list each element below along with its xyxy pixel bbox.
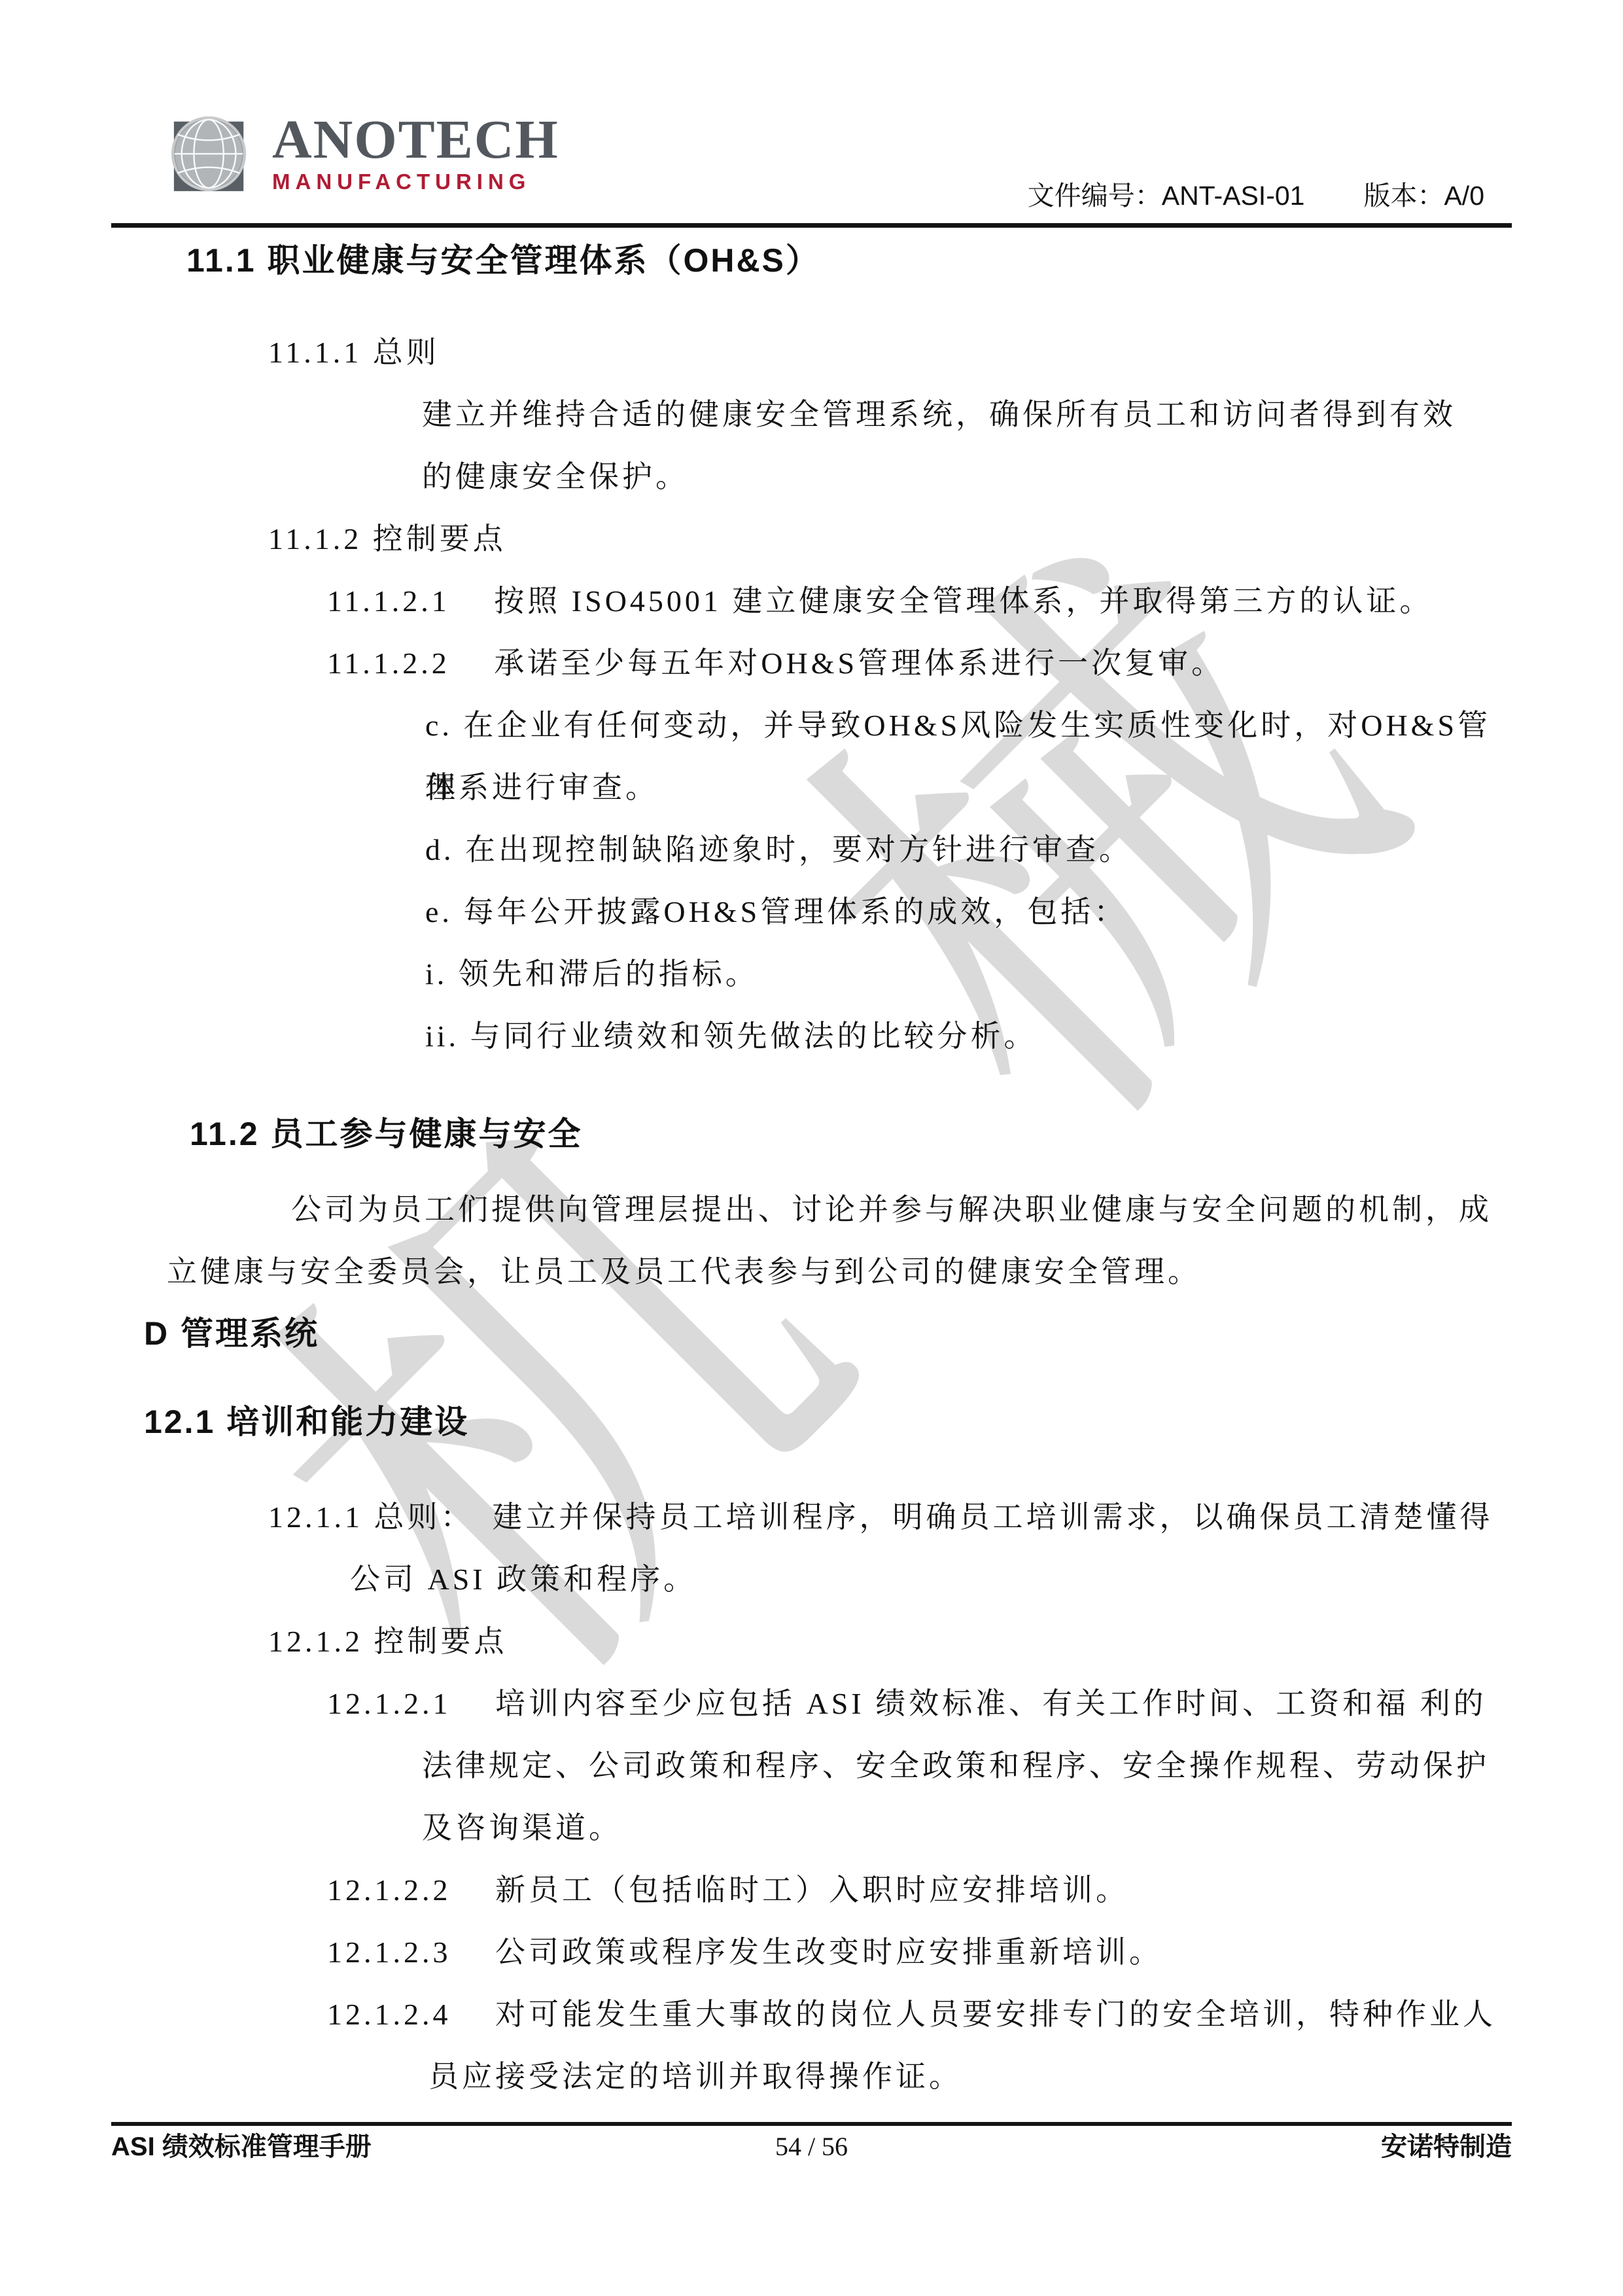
clause-11-1-2-2: 11.1.2.2 承诺至少每五年对OH&S管理体系进行一次复审。	[327, 632, 1512, 694]
logo-subtitle: MANUFACTURING	[272, 169, 559, 195]
document-meta: 文件编号： ANT-ASI-01 版本： A/0	[1028, 180, 1484, 211]
clause-11-1-2: 11.1.2 控制要点	[268, 508, 1512, 570]
document-page: 机 械 ANOTECH	[0, 0, 1623, 2296]
paragraph-line: 立健康与安全委员会，让员工及员工代表参与到公司的健康安全管理。	[167, 1241, 1512, 1303]
version-pair: 版本： A/0	[1363, 180, 1484, 211]
page-header: ANOTECH MANUFACTURING 文件编号： ANT-ASI-01 版…	[111, 0, 1512, 228]
list-item-i: i. 领先和滞后的指标。	[425, 943, 1512, 1005]
paragraph-line: 建立并维持合适的健康安全管理系统，确保所有员工和访问者得到有效	[422, 383, 1512, 446]
doc-number-label: 文件编号：	[1028, 180, 1162, 211]
footer-company-name: 安诺特制造	[1045, 2130, 1512, 2164]
clause-12-1-2-4: 12.1.2.4 对可能发生重大事故的岗位人员要安排专门的安全培训，特种作业人	[327, 1983, 1512, 2045]
list-item-e: e. 每年公开披露OH&S管理体系的成效，包括：	[425, 881, 1512, 943]
clause-12-1-2-1-cont: 法律规定、公司政策和程序、安全政策和程序、安全操作规程、劳动保护	[422, 1735, 1512, 1797]
page-footer: ASI 绩效标准管理手册 54 / 56 安诺特制造	[111, 2122, 1512, 2164]
clause-12-1-2-1-cont: 及咨询渠道。	[422, 1797, 1512, 1859]
list-item-c: c. 在企业有任何变动，并导致OH&S风险发生实质性变化时，对OH&S管理	[425, 694, 1512, 756]
paragraph-line: 公司为员工们提供向管理层提出、讨论并参与解决职业健康与安全问题的机制，成	[291, 1178, 1512, 1241]
footer-page-number: 54 / 56	[578, 2130, 1045, 2164]
company-logo: ANOTECH MANUFACTURING	[169, 113, 559, 196]
clause-12-1-2-4-cont: 员应接受法定的培训并取得操作证。	[428, 2045, 1512, 2108]
clause-11-1-2-1: 11.1.2.1 按照 ISO45001 建立健康安全管理体系，并取得第三方的认…	[327, 570, 1512, 632]
list-item-d: d. 在出现控制缺陷迹象时，要对方针进行审查。	[425, 819, 1512, 881]
section-heading-12-1: 12.1 培训和能力建设	[144, 1391, 1512, 1453]
clause-12-1-1: 12.1.1 总则： 建立并保持员工培训程序，明确员工培训需求，以确保员工清楚懂…	[268, 1486, 1512, 1548]
document-body: 11.1 职业健康与安全管理体系（OH&S） 11.1.1 总则 建立并维持合适…	[111, 230, 1512, 2108]
clause-12-1-2-1: 12.1.2.1 培训内容至少应包括 ASI 绩效标准、有关工作时间、工资和福 …	[327, 1672, 1512, 1735]
list-item-c-cont: 体系进行审查。	[425, 756, 1512, 819]
logo-title: ANOTECH	[272, 113, 559, 168]
section-heading-11-1: 11.1 职业健康与安全管理体系（OH&S）	[186, 230, 1512, 292]
paragraph-line: 的健康安全保护。	[422, 446, 1512, 508]
version-value: A/0	[1444, 180, 1484, 211]
version-label: 版本：	[1363, 180, 1444, 211]
footer-manual-title: ASI 绩效标准管理手册	[111, 2130, 578, 2164]
globe-icon	[169, 113, 253, 196]
clause-12-1-2-2: 12.1.2.2 新员工（包括临时工）入职时应安排培训。	[327, 1859, 1512, 1921]
doc-number-pair: 文件编号： ANT-ASI-01	[1028, 180, 1305, 211]
clause-11-1-1: 11.1.1 总则	[268, 321, 1512, 383]
clause-12-1-2-3: 12.1.2.3 公司政策或程序发生改变时应安排重新培训。	[327, 1921, 1512, 1983]
section-heading-11-2: 11.2 员工参与健康与安全	[190, 1103, 1512, 1165]
section-heading-d: D 管理系统	[144, 1303, 1512, 1365]
logo-text: ANOTECH MANUFACTURING	[272, 113, 559, 195]
list-item-ii: ii. 与同行业绩效和领先做法的比较分析。	[425, 1005, 1512, 1067]
clause-12-1-1-cont: 公司 ASI 政策和程序。	[350, 1548, 1512, 1610]
doc-number-value: ANT-ASI-01	[1162, 180, 1305, 211]
clause-12-1-2: 12.1.2 控制要点	[268, 1610, 1512, 1672]
